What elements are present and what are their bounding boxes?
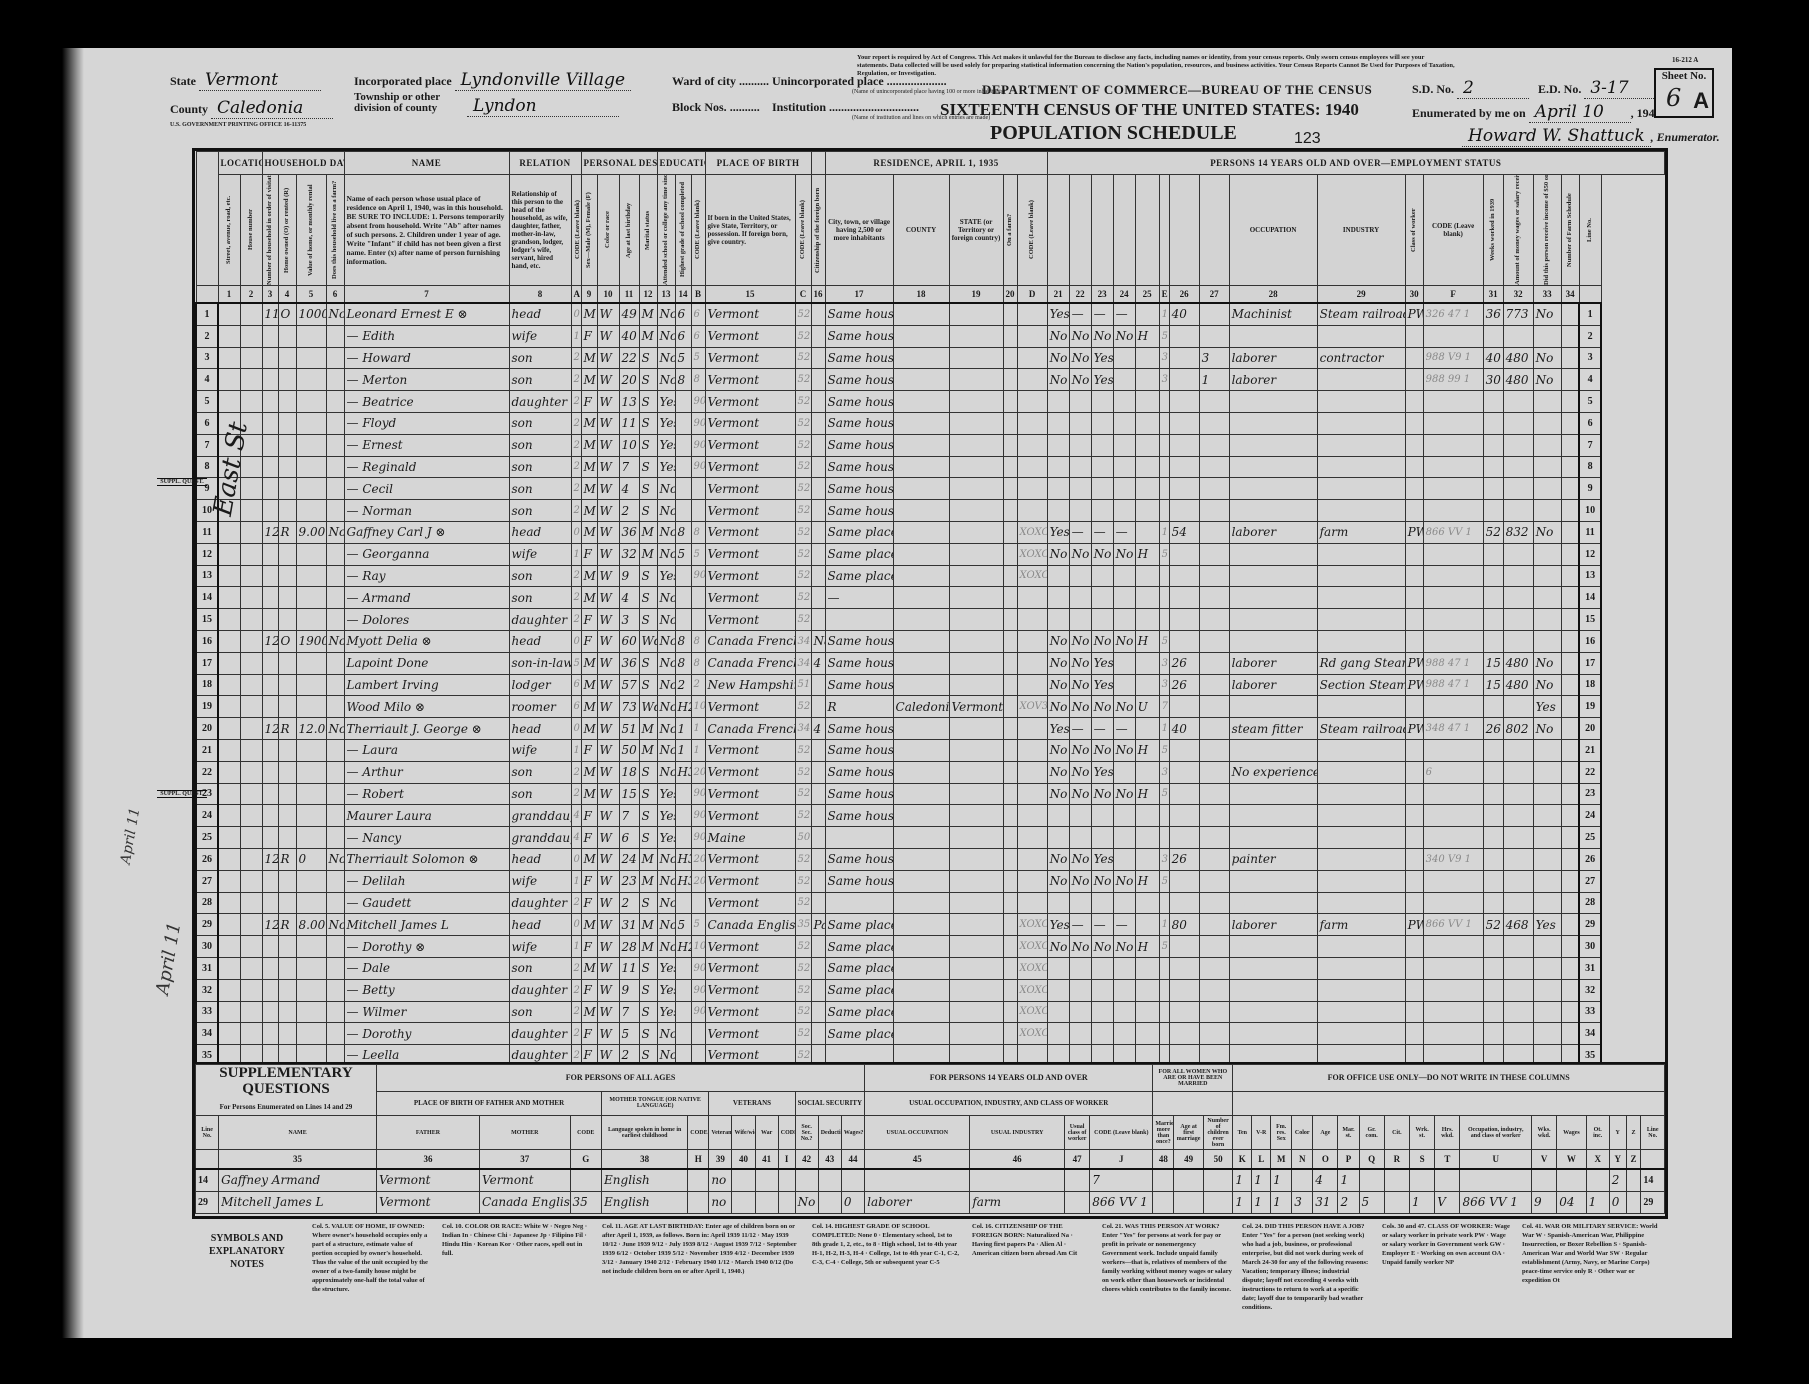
cell-value [296, 456, 326, 478]
cell-c32 [1503, 565, 1533, 587]
cell-c33 [1533, 805, 1561, 827]
cell-street [218, 565, 240, 587]
cell-value [296, 1001, 326, 1023]
cell-name: Gaffney Carl J ⊗ [344, 521, 509, 543]
supp-header: USUAL OCCUPATION [865, 1116, 970, 1150]
cell-c25 [1135, 674, 1159, 696]
cell-c27: 1 [1199, 369, 1229, 391]
note-col11: Col. 11. AGE AT LAST BIRTHDAY: Enter age… [602, 1222, 802, 1276]
cell-house [240, 1001, 262, 1023]
cell-age: 51 [619, 718, 639, 740]
cell-grade [675, 892, 691, 914]
cell-name: — Nancy [344, 827, 509, 849]
cell-b: 90 [691, 783, 705, 805]
cell-c32 [1503, 325, 1533, 347]
cell-name: — Merton [344, 369, 509, 391]
cell-c31 [1483, 500, 1503, 522]
line-number-right: 8 [1579, 456, 1601, 478]
cell-c21 [1047, 1023, 1069, 1045]
cell-e [1159, 957, 1169, 979]
cell-farm [326, 325, 344, 347]
cell-c24 [1113, 957, 1135, 979]
cell-c34 [1561, 325, 1579, 347]
cell-b: 5 [691, 543, 705, 565]
cell-house [240, 761, 262, 783]
cell-a: 2 [571, 979, 581, 1001]
cell-mar: S [639, 456, 657, 478]
location-group: LOCATION [218, 152, 262, 175]
cell-ind: farm [1317, 914, 1405, 936]
cell-sex: F [581, 827, 597, 849]
cell-c24: No [1113, 696, 1135, 718]
cell-c21: No [1047, 870, 1069, 892]
cell-c22: No [1069, 739, 1091, 761]
cell-c24 [1113, 1001, 1135, 1023]
cell-r19 [949, 805, 1003, 827]
cell-c26 [1169, 325, 1199, 347]
line-no-right-header: Line No. [1579, 175, 1601, 286]
table-row: 27— Delilahwife1FW23MNoH320Vermont52Same… [196, 870, 1665, 892]
cell-c: 50 [795, 827, 811, 849]
cell-ind [1317, 827, 1405, 849]
cell-value [296, 391, 326, 413]
cell-hh [262, 1023, 278, 1045]
cell-mar: S [639, 391, 657, 413]
column-number-row: 12345678A91011121314B15C1617181920D21222… [196, 286, 1665, 304]
cell-c26 [1169, 979, 1199, 1001]
cell-street [218, 521, 240, 543]
supp-cell-father: Vermont [376, 1169, 479, 1191]
cell-cit [811, 587, 825, 609]
cell-sch: Yes [657, 783, 675, 805]
cell-age: 11 [619, 412, 639, 434]
cell-c27 [1199, 521, 1229, 543]
cell-e: 5 [1159, 936, 1169, 958]
cell-c34 [1561, 870, 1579, 892]
cell-r18 [893, 783, 949, 805]
cell-cit [811, 674, 825, 696]
cell-sch: No [657, 609, 675, 631]
line-number: 16 [196, 630, 218, 652]
cell-occ: laborer [1229, 347, 1317, 369]
cell-cls: PW [1405, 718, 1423, 740]
cell-d [1017, 500, 1047, 522]
cell-race: W [597, 1023, 619, 1045]
line-number: 34 [196, 1023, 218, 1045]
cell-res: Same place [825, 1023, 893, 1045]
cell-street [218, 805, 240, 827]
cell-c31 [1483, 761, 1503, 783]
cell-c21 [1047, 434, 1069, 456]
cell-c23 [1091, 500, 1113, 522]
cell-c: 52 [795, 783, 811, 805]
note-col41: Col. 41. WAR OR MILITARY SERVICE: World … [1522, 1222, 1662, 1285]
cell-c21: Yes [1047, 718, 1069, 740]
line-number-right: 21 [1579, 739, 1601, 761]
line-number: 14 [196, 587, 218, 609]
page-stamp: 123 [1294, 130, 1321, 148]
cell-c22 [1069, 805, 1091, 827]
cell-birth: Vermont [705, 892, 795, 914]
cell-rel: head [509, 718, 571, 740]
cell-a: 5 [571, 652, 581, 674]
line-number: 3 [196, 347, 218, 369]
cell-e: 5 [1159, 630, 1169, 652]
cell-street [218, 1023, 240, 1045]
cell-race: W [597, 827, 619, 849]
supp-header: Line No. [1641, 1116, 1665, 1150]
cell-c24: No [1113, 870, 1135, 892]
supp-column-number: P [1338, 1150, 1359, 1170]
cell-age: 18 [619, 761, 639, 783]
cell-a: 2 [571, 1001, 581, 1023]
cell-res: Same house [825, 325, 893, 347]
cell-e: 5 [1159, 870, 1169, 892]
cell-cit [811, 609, 825, 631]
cell-r20 [1003, 936, 1017, 958]
column-number: 9 [581, 286, 597, 304]
cell-c: 52 [795, 870, 811, 892]
col26-header [1169, 175, 1199, 286]
cell-c22: No [1069, 870, 1091, 892]
supp-cell-c50 [1203, 1191, 1232, 1213]
cell-sch: No [657, 500, 675, 522]
supp-cell-o: 4 [1313, 1169, 1338, 1191]
line-number: 7 [196, 434, 218, 456]
line-number: 19 [196, 696, 218, 718]
cell-r19 [949, 739, 1003, 761]
table-row: 5— Beatricedaughter2FW13SYes90Vermont52S… [196, 391, 1665, 413]
cell-sch: Yes [657, 434, 675, 456]
supp-column-number: Q [1359, 1150, 1384, 1170]
cell-tenure [278, 870, 296, 892]
supp-cell-c48 [1153, 1169, 1174, 1191]
cell-e [1159, 1023, 1169, 1045]
cell-grade [675, 1001, 691, 1023]
cell-c31: 52 [1483, 521, 1503, 543]
cell-c: 34 [795, 652, 811, 674]
cell-d [1017, 434, 1047, 456]
col22-header [1069, 175, 1091, 286]
cell-c: 52 [795, 892, 811, 914]
cell-d: XOV3 [1017, 696, 1047, 718]
table-row: 26123R0NoTherriault Solomon ⊗head0MW24MN… [196, 848, 1665, 870]
cell-c21: No [1047, 347, 1069, 369]
cell-c21 [1047, 565, 1069, 587]
cell-sex: F [581, 892, 597, 914]
cell-c21: No [1047, 761, 1069, 783]
cell-d [1017, 892, 1047, 914]
cell-c27 [1199, 957, 1229, 979]
cell-mar: S [639, 783, 657, 805]
cell-sex: M [581, 783, 597, 805]
cell-cls [1405, 500, 1423, 522]
cell-farm [326, 1001, 344, 1023]
cell-r20 [1003, 500, 1017, 522]
cell-d: XOXO [1017, 914, 1047, 936]
cell-e [1159, 1001, 1169, 1023]
cell-c33 [1533, 870, 1561, 892]
cell-street [218, 347, 240, 369]
cell-c32 [1503, 870, 1533, 892]
cell-hh [262, 892, 278, 914]
cell-c24: No [1113, 325, 1135, 347]
line-number: 29 [196, 914, 218, 936]
household-group: HOUSEHOLD DATA [262, 152, 344, 175]
cell-birth: Vermont [705, 478, 795, 500]
cell-c: 52 [795, 1023, 811, 1045]
cell-b [691, 892, 705, 914]
cell-age: 9 [619, 979, 639, 1001]
cell-c: 52 [795, 500, 811, 522]
cell-cit [811, 892, 825, 914]
cell-house [240, 979, 262, 1001]
cell-name: — Dolores [344, 609, 509, 631]
cell-house [240, 783, 262, 805]
cell-grade: 1 [675, 739, 691, 761]
cell-c23: Yes [1091, 761, 1113, 783]
cell-f [1423, 434, 1483, 456]
cell-c23 [1091, 609, 1113, 631]
cell-b: 5 [691, 914, 705, 936]
cell-cls [1405, 739, 1423, 761]
cell-ind: Section Steam railroad [1317, 674, 1405, 696]
cell-c: 52 [795, 412, 811, 434]
line-number: 22 [196, 761, 218, 783]
cell-hh [262, 761, 278, 783]
name-description: Name of each person whose usual place of… [344, 175, 509, 286]
cell-birth: Vermont [705, 870, 795, 892]
cell-c24: No [1113, 630, 1135, 652]
cell-sch: No [657, 543, 675, 565]
cell-r18 [893, 674, 949, 696]
line-number: 27 [196, 870, 218, 892]
cell-c25 [1135, 1023, 1159, 1045]
column-number: 25 [1135, 286, 1159, 304]
column-number: 34 [1561, 286, 1579, 304]
relation-description: Relationship of this person to the head … [509, 175, 571, 286]
cell-e: 5 [1159, 783, 1169, 805]
cell-hh [262, 347, 278, 369]
cell-d [1017, 325, 1047, 347]
cell-race: W [597, 347, 619, 369]
cell-a: 0 [571, 914, 581, 936]
cell-c22: — [1069, 914, 1091, 936]
cell-c31: 30 [1483, 369, 1503, 391]
cell-c: 52 [795, 1001, 811, 1023]
cell-ind: farm [1317, 521, 1405, 543]
cell-c26 [1169, 805, 1199, 827]
supp-cell-lang: English [602, 1169, 688, 1191]
cell-c22 [1069, 979, 1091, 1001]
cell-race: W [597, 957, 619, 979]
cell-race: W [597, 805, 619, 827]
cell-cit: 4 [811, 652, 825, 674]
cell-d: XOXO [1017, 543, 1047, 565]
cell-birth: Vermont [705, 521, 795, 543]
cell-sch: No [657, 761, 675, 783]
cell-r18 [893, 325, 949, 347]
cell-age: 49 [619, 303, 639, 325]
cell-c33: No [1533, 718, 1561, 740]
cell-c31 [1483, 391, 1503, 413]
cell-c21: No [1047, 783, 1069, 805]
cell-c25 [1135, 1001, 1159, 1023]
cell-c31 [1483, 848, 1503, 870]
cell-c: 35 [795, 914, 811, 936]
cell-c26: 40 [1169, 303, 1199, 325]
margin-note-1: April 11 [118, 807, 144, 866]
cell-tenure [278, 1001, 296, 1023]
cell-c27 [1199, 739, 1229, 761]
cell-farm [326, 456, 344, 478]
cell-house [240, 914, 262, 936]
cell-hh [262, 652, 278, 674]
population-table: LOCATION HOUSEHOLD DATA NAME RELATION PE… [195, 151, 1665, 1176]
cell-c22: No [1069, 543, 1091, 565]
cell-r19 [949, 543, 1003, 565]
cell-c26: 54 [1169, 521, 1199, 543]
cell-tenure: R [278, 521, 296, 543]
cell-grade [675, 500, 691, 522]
sheet-number-box: Sheet No. 6 A [1654, 68, 1714, 118]
citizenship-group [811, 152, 825, 175]
cell-c33: Yes [1533, 696, 1561, 718]
cell-house [240, 303, 262, 325]
cell-farm [326, 478, 344, 500]
supp-cell-c44 [841, 1169, 864, 1191]
cell-e: 3 [1159, 848, 1169, 870]
cell-ind [1317, 391, 1405, 413]
supp-cell-c45: laborer [865, 1191, 970, 1213]
cell-c27 [1199, 870, 1229, 892]
cell-occ [1229, 543, 1317, 565]
cell-cit [811, 478, 825, 500]
cell-b: 8 [691, 630, 705, 652]
occ-code-header: CODE (Leave blank) [1423, 175, 1483, 286]
cell-grade: H3 [675, 870, 691, 892]
cell-house [240, 565, 262, 587]
cell-name: — Beatrice [344, 391, 509, 413]
cell-c31: 52 [1483, 914, 1503, 936]
cell-birth: Canada English [705, 914, 795, 936]
cell-sex: M [581, 369, 597, 391]
cell-tenure [278, 587, 296, 609]
cell-d [1017, 870, 1047, 892]
cell-c32 [1503, 434, 1533, 456]
cell-c23: — [1091, 718, 1113, 740]
cell-ind: Steam railroad [1317, 303, 1405, 325]
cell-f: 988 V9 1 [1423, 347, 1483, 369]
cell-c24 [1113, 478, 1135, 500]
cell-age: 57 [619, 674, 639, 696]
cell-occ [1229, 805, 1317, 827]
cell-e [1159, 434, 1169, 456]
cell-hh [262, 325, 278, 347]
cell-c32 [1503, 827, 1533, 849]
supplementary-title: SUPPLEMENTARY QUESTIONSFor Persons Enume… [196, 1065, 377, 1116]
township-field: Township or other division of county Lyn… [354, 92, 684, 117]
cell-e: 5 [1159, 325, 1169, 347]
cell-sch: Yes [657, 979, 675, 1001]
cell-hh [262, 936, 278, 958]
cell-c24 [1113, 805, 1135, 827]
cell-name: — Wilmer [344, 1001, 509, 1023]
column-number: 23 [1091, 286, 1113, 304]
cell-cit: Na [811, 630, 825, 652]
cell-cls [1405, 325, 1423, 347]
cell-mar: Wd [639, 696, 657, 718]
cell-c27 [1199, 827, 1229, 849]
supp-cell-c42 [795, 1169, 818, 1191]
supp-header: CODE [570, 1116, 602, 1150]
cell-occ [1229, 1023, 1317, 1045]
line-number-right: 26 [1579, 848, 1601, 870]
cell-d [1017, 827, 1047, 849]
cell-occ [1229, 391, 1317, 413]
cell-f [1423, 391, 1483, 413]
cell-c31 [1483, 478, 1503, 500]
supp-header: Wages? [841, 1116, 864, 1150]
cell-c31: 15 [1483, 674, 1503, 696]
column-number: 14 [675, 286, 691, 304]
table-row: 1119O1000NoLeonard Ernest E ⊗head0MW49MN… [196, 303, 1665, 325]
supp-cell-c39: no [709, 1191, 732, 1213]
cell-c: 52 [795, 761, 811, 783]
cell-grade: 5 [675, 914, 691, 936]
cell-c25 [1135, 761, 1159, 783]
cell-e: 3 [1159, 369, 1169, 391]
cell-d [1017, 848, 1047, 870]
cell-c34 [1561, 303, 1579, 325]
cell-c34 [1561, 1001, 1579, 1023]
cell-street [218, 696, 240, 718]
cell-sch: No [657, 630, 675, 652]
cell-c22: No [1069, 696, 1091, 718]
cell-f [1423, 412, 1483, 434]
cell-birth: Vermont [705, 739, 795, 761]
cell-sch: No [657, 892, 675, 914]
table-row: 16121O1900NoMyott Delia ⊗head0FW60WdNo88… [196, 630, 1665, 652]
colnum-line-right [1579, 286, 1601, 304]
cell-street [218, 652, 240, 674]
cell-res: Same house [825, 347, 893, 369]
column-number: D [1017, 286, 1047, 304]
cell-sex: M [581, 434, 597, 456]
cell-cls [1405, 456, 1423, 478]
cell-hh [262, 434, 278, 456]
cell-value [296, 739, 326, 761]
cell-mar: Wd [639, 630, 657, 652]
cell-c26 [1169, 739, 1199, 761]
cell-c27 [1199, 543, 1229, 565]
cell-c25 [1135, 434, 1159, 456]
line-number: 6 [196, 412, 218, 434]
cell-value: 1000 [296, 303, 326, 325]
cell-c31 [1483, 805, 1503, 827]
cell-f: 988 47 1 [1423, 674, 1483, 696]
cell-mar: S [639, 674, 657, 696]
cell-sex: F [581, 391, 597, 413]
cell-c31 [1483, 892, 1503, 914]
table-row: 23— Robertson2MW15SYes90Vermont52Same ho… [196, 783, 1665, 805]
cell-c27 [1199, 630, 1229, 652]
cell-ind [1317, 1023, 1405, 1045]
cell-c26 [1169, 696, 1199, 718]
cell-ind [1317, 630, 1405, 652]
cell-cit [811, 827, 825, 849]
line-number-right: 19 [1579, 696, 1601, 718]
